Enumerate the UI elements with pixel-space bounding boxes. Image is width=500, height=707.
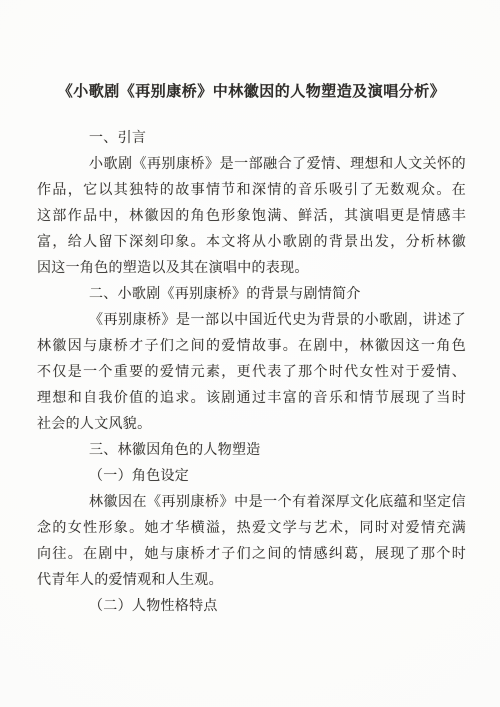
text-line: 林徽因在《再别康桥》中是一个有着深厚文化底蕴和坚定信 bbox=[37, 490, 466, 516]
paragraph: 林徽因在《再别康桥》中是一个有着深厚文化底蕴和坚定信念的女性形象。她才华横溢，热… bbox=[37, 490, 466, 594]
text-line: 林徽因与康桥才子们之间的爱情故事。在剧中，林徽因这一角色 bbox=[37, 334, 466, 360]
paragraph: 《再别康桥》是一部以中国近代史为背景的小歌剧，讲述了林徽因与康桥才子们之间的爱情… bbox=[37, 308, 466, 438]
document-title: 《小歌剧《再别康桥》中林徽因的人物塑造及演唱分析》 bbox=[37, 79, 466, 105]
section-heading: 一、引言 bbox=[37, 126, 466, 152]
text-line: 理想和自我价值的追求。该剧通过丰富的音乐和情节展现了当时 bbox=[37, 386, 466, 412]
document-body: 一、引言小歌剧《再别康桥》是一部融合了爱情、理想和人文关怀的作品，它以其独特的故… bbox=[37, 126, 466, 620]
section-heading: 三、林徽因角色的人物塑造 bbox=[37, 438, 466, 464]
heading-line: 三、林徽因角色的人物塑造 bbox=[37, 438, 466, 464]
text-line: 不仅是一个重要的爱情元素，更代表了那个时代女性对于爱情、 bbox=[37, 360, 466, 386]
paragraph: 小歌剧《再别康桥》是一部融合了爱情、理想和人文关怀的作品，它以其独特的故事情节和… bbox=[37, 152, 466, 282]
text-line: 因这一角色的塑造以及其在演唱中的表现。 bbox=[37, 256, 466, 282]
text-line: 代青年人的爱情观和人生观。 bbox=[37, 568, 466, 594]
heading-line: 二、小歌剧《再别康桥》的背景与剧情简介 bbox=[37, 282, 466, 308]
text-line: 念的女性形象。她才华横溢，热爱文学与艺术，同时对爱情充满 bbox=[37, 516, 466, 542]
text-line: 小歌剧《再别康桥》是一部融合了爱情、理想和人文关怀的 bbox=[37, 152, 466, 178]
section-heading: （二）人物性格特点 bbox=[37, 594, 466, 620]
document-page: 《小歌剧《再别康桥》中林徽因的人物塑造及演唱分析》 一、引言小歌剧《再别康桥》是… bbox=[0, 0, 500, 707]
heading-line: （二）人物性格特点 bbox=[37, 594, 466, 620]
text-line: 《再别康桥》是一部以中国近代史为背景的小歌剧，讲述了 bbox=[37, 308, 466, 334]
text-line: 作品，它以其独特的故事情节和深情的音乐吸引了无数观众。在 bbox=[37, 178, 466, 204]
text-line: 富，给人留下深刻印象。本文将从小歌剧的背景出发，分析林徽 bbox=[37, 230, 466, 256]
text-line: 向往。在剧中，她与康桥才子们之间的情感纠葛，展现了那个时 bbox=[37, 542, 466, 568]
heading-line: （一）角色设定 bbox=[37, 464, 466, 490]
heading-line: 一、引言 bbox=[37, 126, 466, 152]
document-content: 《小歌剧《再别康桥》中林徽因的人物塑造及演唱分析》 一、引言小歌剧《再别康桥》是… bbox=[37, 0, 466, 620]
text-line: 这部作品中，林徽因的角色形象饱满、鲜活，其演唱更是情感丰 bbox=[37, 204, 466, 230]
section-heading: 二、小歌剧《再别康桥》的背景与剧情简介 bbox=[37, 282, 466, 308]
section-heading: （一）角色设定 bbox=[37, 464, 466, 490]
text-line: 社会的人文风貌。 bbox=[37, 412, 466, 438]
